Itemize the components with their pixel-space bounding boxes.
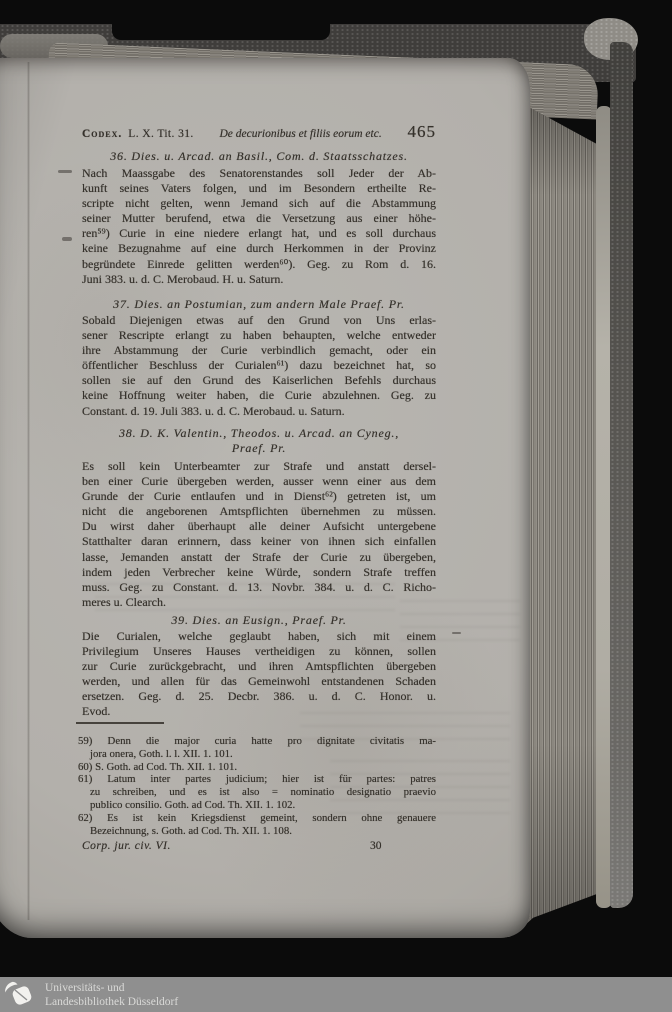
text-line: Evod. — [82, 704, 436, 719]
footnote-line: 60) S. Goth. ad Cod. Th. XII. 1. 101. — [78, 761, 436, 774]
heading-line: Praef. Pr. — [82, 441, 436, 456]
section-38-paragraph: Es soll kein Unterbeamter zur Strafe und… — [82, 459, 436, 610]
book-cover-right-edge — [610, 42, 633, 908]
text-line: sollen sie auf den Grund des Kaiserliche… — [82, 373, 436, 388]
library-name: Universitäts- und Landesbibliothek Düsse… — [45, 981, 178, 1009]
text-line: begründete Einrede gelitten werden⁶⁰). G… — [82, 257, 436, 272]
text-line: Die Curialen, welche geglaubt haben, sic… — [82, 629, 436, 644]
text-line: ben einer Curie übergeben werden, ausser… — [82, 474, 436, 489]
section-38-heading: 38. D. K. Valentin., Theodos. u. Arcad. … — [82, 426, 436, 456]
text-line: Grunde der Curie entlaufen und in Dienst… — [82, 489, 436, 504]
text-line: öffentlicher Beschluss der Curialen⁶¹) d… — [82, 358, 436, 373]
page-footer: Corp. jur. civ. VI. 30 — [82, 840, 436, 852]
footnote-line: 59) Denn die major curia hatte pro digni… — [78, 735, 436, 748]
page-gutter-crease — [27, 62, 30, 920]
text-line: Es soll kein Unterbeamter zur Strafe und… — [82, 459, 436, 474]
title-citation: L. X. Tit. 31. — [128, 128, 193, 140]
text-line: Privilegium Unseres Hauses vertheidigen … — [82, 644, 436, 659]
scanned-book-photo: Codex. L. X. Tit. 31. De decurionibus et… — [0, 0, 672, 1012]
footnote-line: publico consilio. Goth. ad Cod. Th. XII.… — [78, 799, 436, 812]
ulb-duesseldorf-logo-icon — [3, 980, 37, 1010]
ink-speck — [62, 237, 72, 241]
text-line: seiner Mutter berufend, etwa die Versetz… — [82, 211, 436, 226]
text-line: Sobald Diejenigen etwas auf den Grund vo… — [82, 313, 436, 328]
library-name-line1: Universitäts- und — [45, 981, 178, 995]
text-line: keine Hoffnung weiter haben, die Curie a… — [82, 388, 436, 403]
chapter-title: De decurionibus et filiis eorum etc. — [200, 128, 402, 140]
text-line: zur Curie zurückgebracht, und ihren Amts… — [82, 659, 436, 674]
text-line: muss. Geg. zu Constant. d. 13. Novbr. 38… — [82, 580, 436, 595]
text-line: kunft seines Vaters folgen, und im Beson… — [82, 181, 436, 196]
ink-speck — [452, 632, 461, 634]
text-line: Juni 383. u. d. C. Merobaud. H. u. Satur… — [82, 272, 436, 287]
text-line: nicht die angeborenen Amtspflichten über… — [82, 504, 436, 519]
text-line: scripte nicht gelten, wenn Jemand sich a… — [82, 196, 436, 211]
text-line: Nach Maassgabe des Senatorenstandes soll… — [82, 166, 436, 181]
codex-label: Codex. — [82, 128, 122, 140]
text-line: werden, und allen für das Gemeinwohl ent… — [82, 674, 436, 689]
footnote-line: Bezeichnung, s. Goth. ad Cod. Th. XII. 1… — [78, 825, 436, 838]
text-line: ren⁵⁹) Curie in eine niedere erlangt hat… — [82, 226, 436, 241]
footnotes: 59) Denn die major curia hatte pro digni… — [78, 735, 436, 837]
heading-line: 39. Dies. an Eusign., Praef. Pr. — [82, 613, 436, 628]
footnote-separator-rule — [76, 722, 164, 724]
text-line: Statthalter daran erinnern, dass keiner … — [82, 534, 436, 549]
page-number: 465 — [408, 122, 437, 142]
text-line: sener Rescripte erlangt zu haben behaupt… — [82, 328, 436, 343]
volume-signature: Corp. jur. civ. VI. — [82, 840, 171, 852]
section-36-heading: 36. Dies. u. Arcad. an Basil., Com. d. S… — [82, 149, 436, 164]
heading-line: 38. D. K. Valentin., Theodos. u. Arcad. … — [82, 426, 436, 441]
text-line: keine Bezugnahme auf eine durch Herkomme… — [82, 241, 436, 256]
section-39-heading: 39. Dies. an Eusign., Praef. Pr. — [82, 613, 436, 628]
footnote-line: zu schreiben, und es ist also = nominati… — [78, 786, 436, 799]
background-notch — [112, 0, 330, 40]
text-line: Du wirst daher überhaupt alle deiner Auf… — [82, 519, 436, 534]
text-line: Constant. d. 19. Juli 383. u. d. C. Mero… — [82, 404, 436, 419]
section-37-heading: 37. Dies. an Postumian, zum andern Male … — [82, 297, 436, 312]
footnote-line: jora onera, Goth. l. l. XII. 1. 101. — [78, 748, 436, 761]
heading-line: 37. Dies. an Postumian, zum andern Male … — [82, 297, 436, 312]
text-line: ersetzen. Geg. d. 25. Decbr. 386. u. d. … — [82, 689, 436, 704]
section-36-paragraph: Nach Maassgabe des Senatorenstandes soll… — [82, 166, 436, 287]
library-name-line2: Landesbibliothek Düsseldorf — [45, 995, 178, 1009]
footnote-line: 61) Latum inter partes judicium; hier is… — [78, 773, 436, 786]
running-header: Codex. L. X. Tit. 31. De decurionibus et… — [82, 122, 436, 142]
section-39-paragraph: Die Curialen, welche geglaubt haben, sic… — [82, 629, 436, 720]
page-stack-fore-edge — [524, 96, 600, 926]
heading-line: 36. Dies. u. Arcad. an Basil., Com. d. S… — [82, 149, 436, 164]
text-line: meres u. Clearch. — [82, 595, 436, 610]
sheet-number: 30 — [370, 840, 382, 852]
text-line: ihre Abstammung der Curie verbindlich ge… — [82, 343, 436, 358]
footnote-line: 62) Es ist kein Kriegsdienst gemeint, so… — [78, 812, 436, 825]
text-line: indem jeden Verbrecher keine Würde, sond… — [82, 565, 436, 580]
library-banner: Universitäts- und Landesbibliothek Düsse… — [0, 977, 672, 1012]
section-37-paragraph: Sobald Diejenigen etwas auf den Grund vo… — [82, 313, 436, 419]
ink-speck — [58, 170, 72, 173]
text-line: lasse, Jemanden anstatt der Strafe der C… — [82, 550, 436, 565]
